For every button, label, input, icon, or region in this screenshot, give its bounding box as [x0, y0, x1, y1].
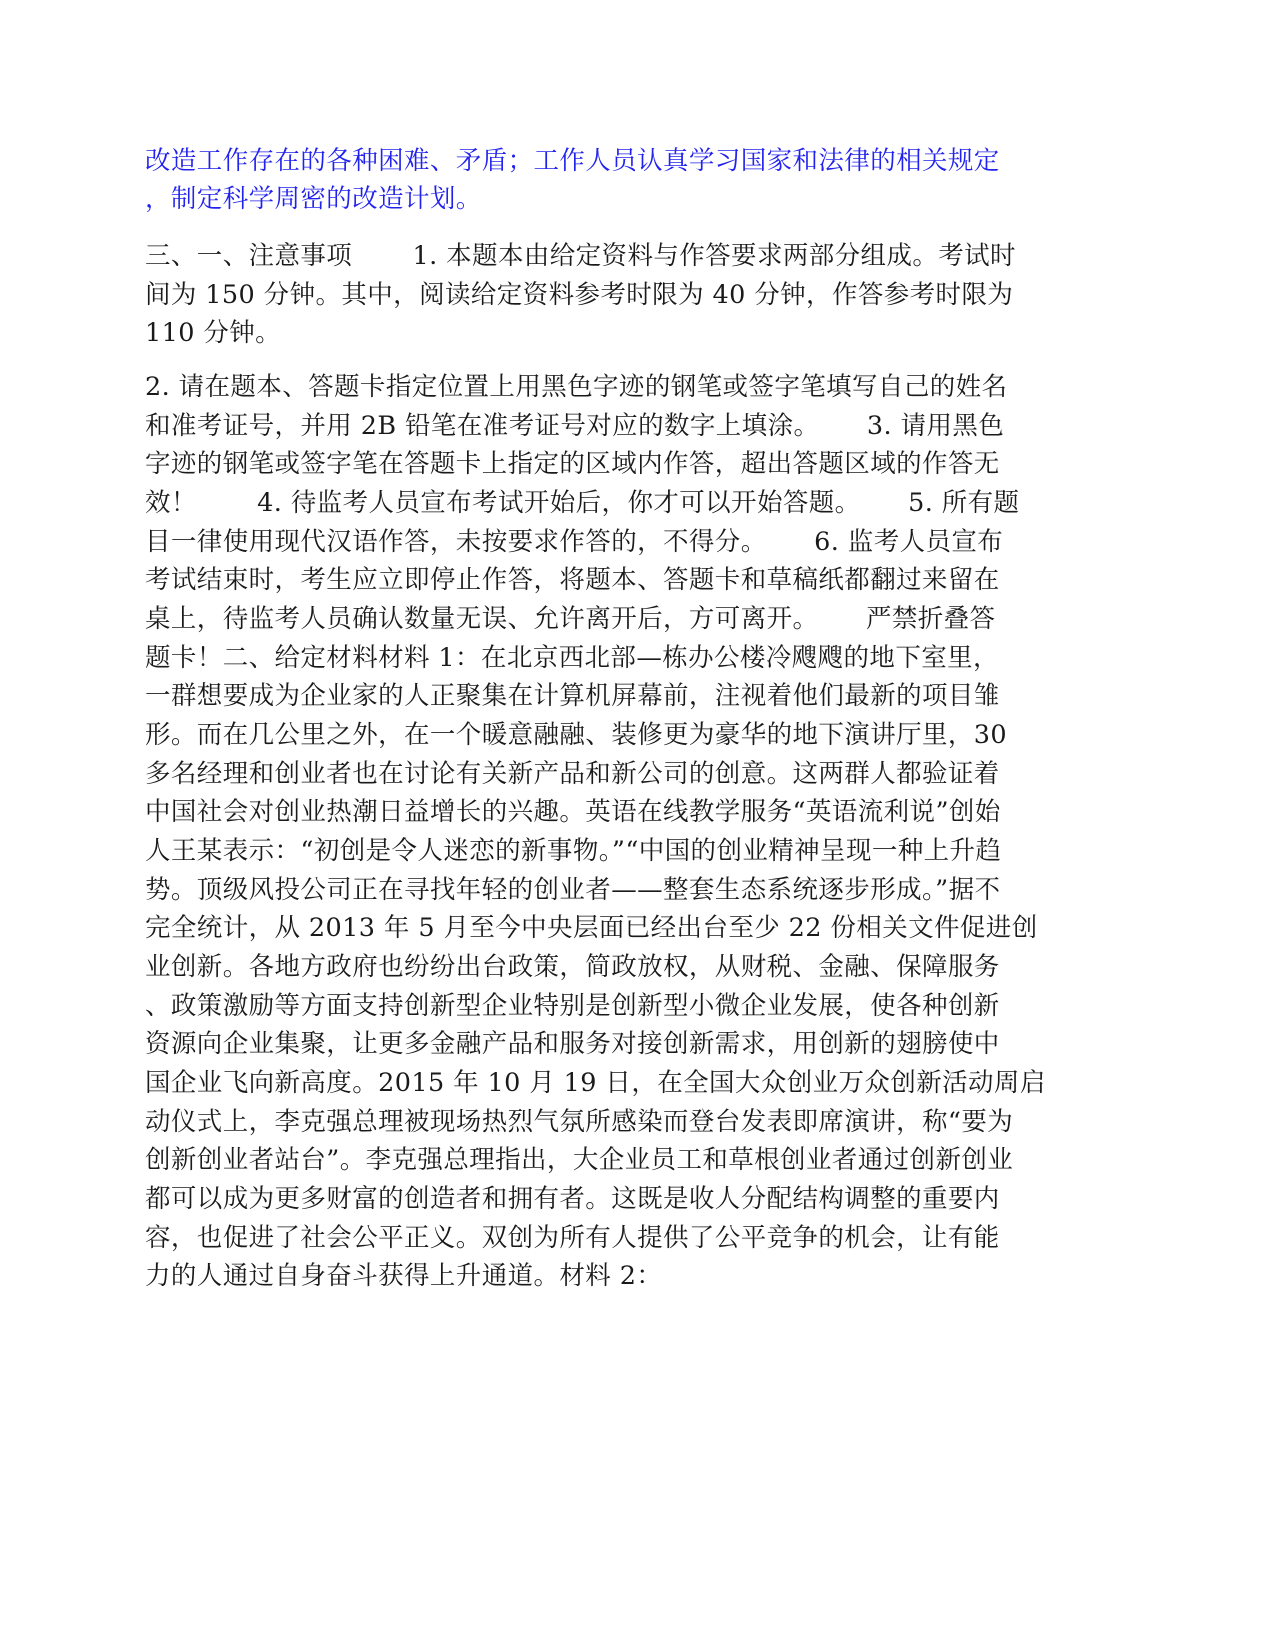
highlighted-text-line: ，制定科学周密的改造计划。 [145, 184, 482, 214]
notice-text-line: 110 分钟。 [145, 318, 281, 348]
body-text-line: 都可以成为更多财富的创造者和拥有者。这既是收人分配结构调整的重要内 [145, 1184, 1000, 1214]
body-text-line: 题卡！二、给定材料材料 1：在北京西北部—栋办公楼冷飕飕的地下室里， [145, 643, 999, 673]
notice-text-line: 间为 150 分钟。其中，阅读给定资料参考时限为 40 分钟，作答参考时限为 [145, 280, 1013, 310]
document-page: 改造工作存在的各种困难、矛盾；工作人员认真学习国家和法律的相关规定 ，制定科学周… [0, 0, 1275, 1650]
body-text-line: 目一律使用现代汉语作答，未按要求作答的，不得分。 6. 监考人员宣布 [145, 527, 1003, 557]
body-text-line: 资源向企业集聚，让更多金融产品和服务对接创新需求，用创新的翅膀使中 [145, 1029, 1000, 1059]
body-text-line: 中国社会对创业热潮日益增长的兴趣。英语在线教学服务“英语流利说”创始 [145, 797, 1001, 827]
body-text-line: 一群想要成为企业家的人正聚集在计算机屏幕前，注视着他们最新的项目雏 [145, 681, 1000, 711]
body-text-line: 完全统计，从 2013 年 5 月至今中央层面已经出台至少 22 份相关文件促进… [145, 913, 1038, 943]
body-text-line: 多名经理和创业者也在讨论有关新产品和新公司的创意。这两群人都验证着 [145, 759, 1000, 789]
body-text-line: 势。顶级风投公司正在寻找年轻的创业者——整套生态系统逐步形成。”据不 [145, 875, 1000, 905]
body-text-line: 形。而在几公里之外，在一个暖意融融、装修更为豪华的地下演讲厅里，30 [145, 720, 1007, 750]
body-text-line: 业创新。各地方政府也纷纷出台政策，简政放权，从财税、金融、保障服务 [145, 952, 1000, 982]
body-text-line: 2. 请在题本、答题卡指定位置上用黑色字迹的钢笔或签字笔填写自己的姓名 [145, 372, 1007, 402]
body-text-line: 效！ 4. 待监考人员宣布考试开始后，你才可以开始答题。 5. 所有题 [145, 488, 1019, 518]
body-text-line: 字迹的钢笔或签字笔在答题卡上指定的区域内作答，超出答题区域的作答无 [145, 449, 1000, 479]
body-text-line: 人王某表示：“初创是令人迷恋的新事物。”“中国的创业精神呈现一种上升趋 [145, 836, 1001, 866]
body-text-line: 动仪式上，李克强总理被现场热烈气氛所感染而登台发表即席演讲，称“要为 [145, 1107, 1013, 1137]
body-text-line: 考试结束时，考生应立即停止作答，将题本、答题卡和草稿纸都翻过来留在 [145, 565, 1000, 595]
body-text-line: 力的人通过自身奋斗获得上升通道。材料 2： [145, 1261, 662, 1291]
body-text-line: 、政策激励等方面支持创新型企业特别是创新型小微企业发展，使各种创新 [145, 991, 1000, 1021]
body-text-line: 和准考证号，并用 2B 铅笔在准考证号对应的数字上填涂。 3. 请用黑色 [145, 411, 1004, 441]
body-text-line: 国企业飞向新高度。2015 年 10 月 19 日，在全国大众创业万众创新活动周… [145, 1068, 1046, 1098]
body-text-line: 创新创业者站台”。李克强总理指出，大企业员工和草根创业者通过创新创业 [145, 1145, 1013, 1175]
body-text-line: 桌上，待监考人员确认数量无误、允许离开后，方可离开。 严禁折叠答 [145, 604, 995, 634]
highlighted-text-line: 改造工作存在的各种困难、矛盾；工作人员认真学习国家和法律的相关规定 [145, 146, 1000, 176]
body-text-line: 容，也促进了社会公平正义。双创为所有人提供了公平竞争的机会，让有能 [145, 1223, 1000, 1253]
notice-text-line: 三、一、注意事项 1. 本题本由给定资料与作答要求两部分组成。考试时 [145, 241, 1016, 271]
